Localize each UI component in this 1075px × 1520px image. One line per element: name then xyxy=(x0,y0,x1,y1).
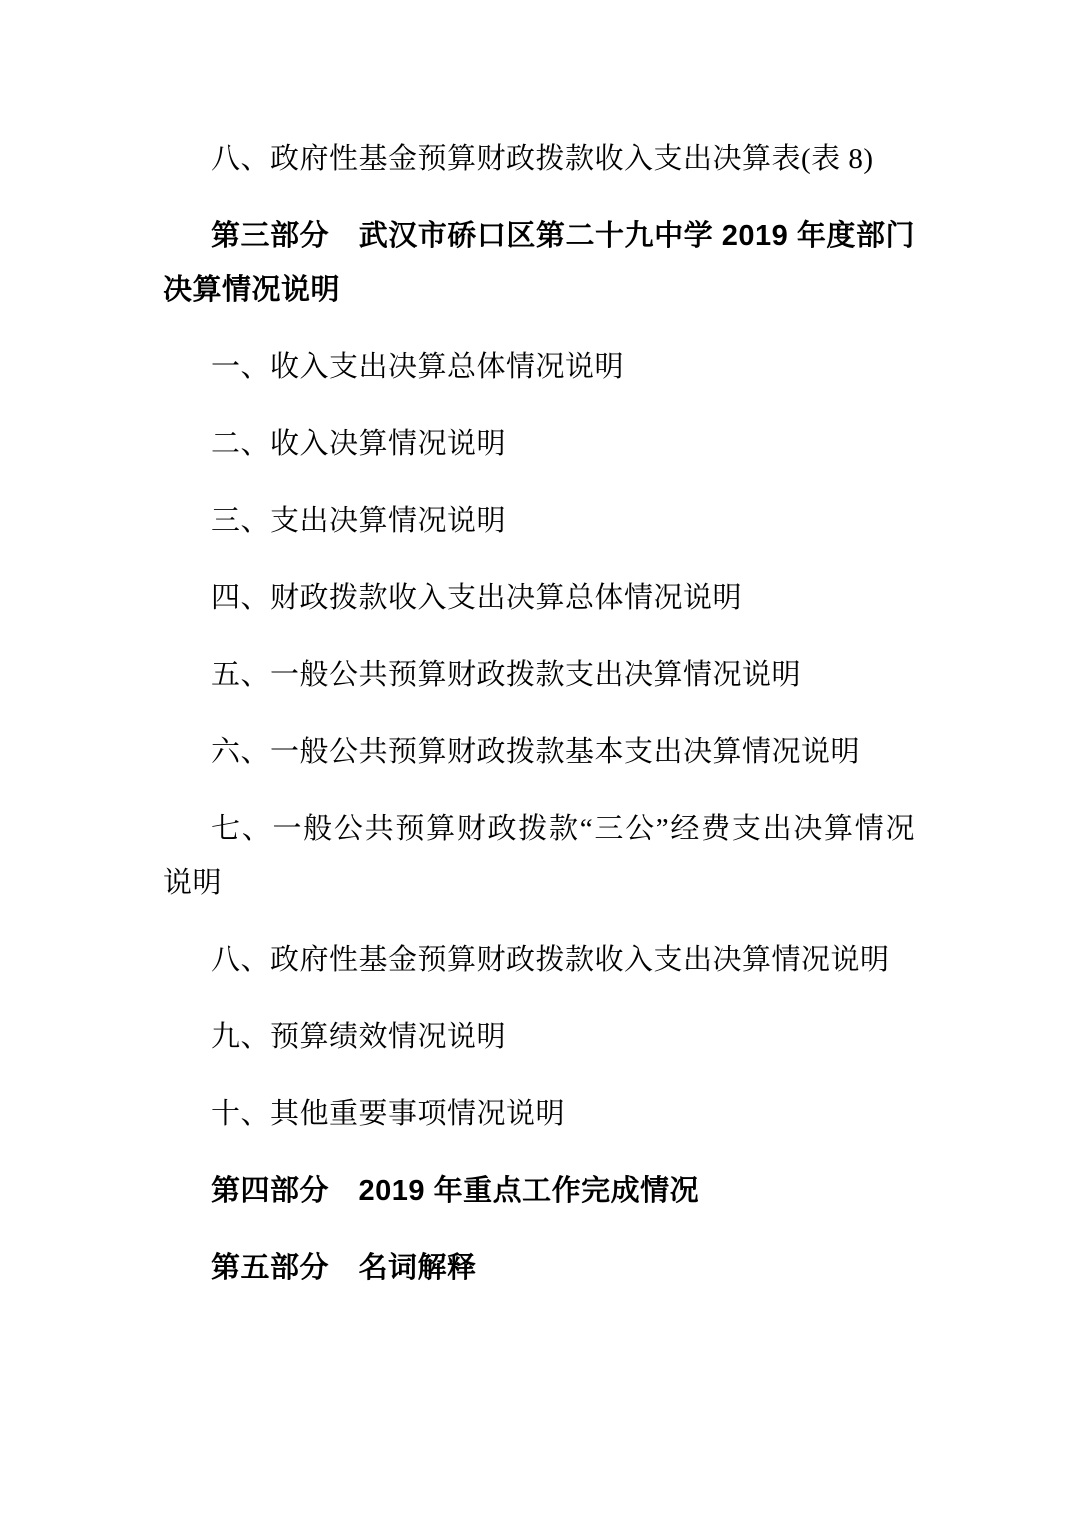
toc-entry: 九、预算绩效情况说明 xyxy=(163,1010,915,1064)
document-page: 八、政府性基金预算财政拨款收入支出决算表(表 8)第三部分 武汉市硚口区第二十九… xyxy=(0,0,1075,1520)
toc-entry: 六、一般公共预算财政拨款基本支出决算情况说明 xyxy=(163,725,915,779)
part-heading: 第三部分 武汉市硚口区第二十九中学 2019 年度部门决算情况说明 xyxy=(163,209,915,317)
toc-entry: 一、收入支出决算总体情况说明 xyxy=(163,340,915,394)
toc-entry: 八、政府性基金预算财政拨款收入支出决算情况说明 xyxy=(163,933,915,987)
toc-entry: 四、财政拨款收入支出决算总体情况说明 xyxy=(163,571,915,625)
toc-entry: 七、一般公共预算财政拨款“三公”经费支出决算情况说明 xyxy=(163,802,915,910)
toc-entry: 十、其他重要事项情况说明 xyxy=(163,1087,915,1141)
document-body: 八、政府性基金预算财政拨款收入支出决算表(表 8)第三部分 武汉市硚口区第二十九… xyxy=(163,132,915,1295)
part-heading: 第四部分 2019 年重点工作完成情况 xyxy=(163,1164,915,1218)
toc-entry: 二、收入决算情况说明 xyxy=(163,417,915,471)
toc-entry: 五、一般公共预算财政拨款支出决算情况说明 xyxy=(163,648,915,702)
toc-entry: 三、支出决算情况说明 xyxy=(163,494,915,548)
part-heading: 第五部分 名词解释 xyxy=(163,1241,915,1295)
toc-entry: 八、政府性基金预算财政拨款收入支出决算表(表 8) xyxy=(163,132,915,186)
